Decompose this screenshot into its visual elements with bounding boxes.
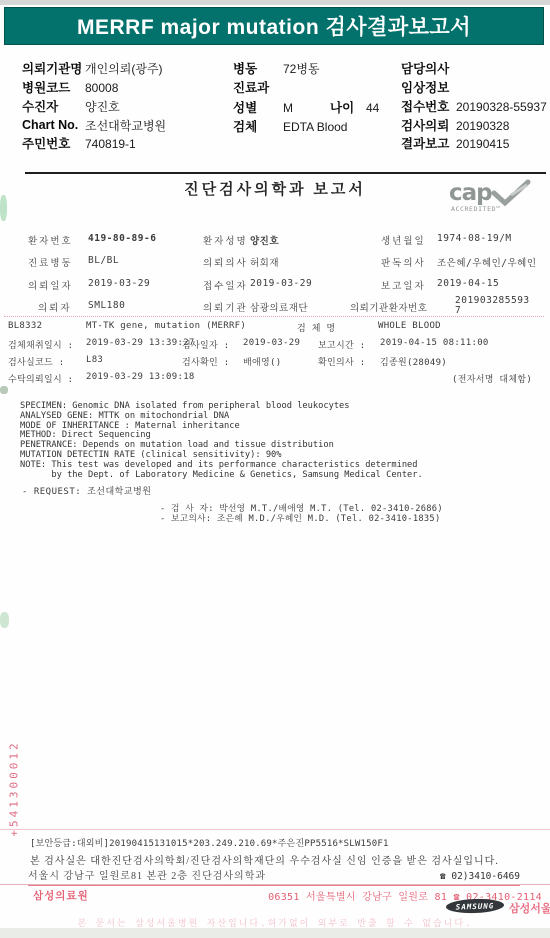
field-hospital-code: 병원코드 — [22, 78, 70, 97]
value-resident-no: 740819-1 — [85, 135, 136, 153]
receipt-date-label: 접수일자 — [203, 278, 248, 292]
care-ward-value: BL/BL — [88, 255, 119, 266]
request-date-label: 의뢰일자 — [28, 278, 73, 292]
value-hospital-code: 80008 — [85, 79, 118, 97]
field-chart-no: Chart No. — [22, 116, 78, 134]
test-seq-code: BL8332 — [8, 321, 42, 331]
consign-datetime-label: 수탁의뢰일시 : — [8, 372, 73, 385]
reading-doctor-value: 조은혜/우혜인/우혜인 — [437, 255, 537, 269]
specimen-name-label: 검 체 명 — [297, 321, 335, 334]
referring-doctor-value: 허회재 — [250, 255, 279, 269]
value-sex: M — [283, 99, 293, 117]
value-age: 44 — [366, 99, 379, 117]
institution-patient-no-value: 2019032855937 — [455, 296, 535, 316]
institution-patient-no-label: 의뢰기관환자번호 — [350, 300, 427, 314]
footer-address: 06351 서울특별시 강남구 일원로 81 ☎ 02-3410-2114 — [268, 888, 542, 903]
value-ward: 72병동 — [283, 60, 320, 78]
lab-address: 서울시 강남구 일원로81 본관 2층 진단검사의학과 — [28, 867, 266, 882]
request-date-value: 2019-03-29 — [88, 278, 150, 289]
scanned-report: 진단검사의학과 보고서 cap ACCREDITED™ 환자번호 419-80-… — [0, 168, 550, 928]
patient-name-value: 양진호 — [250, 233, 279, 247]
window-top-strip — [0, 0, 550, 5]
test-date-value: 2019-03-29 — [243, 338, 300, 348]
care-ward-label: 진료병동 — [28, 255, 73, 269]
esignature-note: (전자서명 대체함) — [452, 372, 532, 385]
lab-phone: ☎ 02)3410-6469 — [440, 871, 520, 882]
field-specimen: 검체 — [233, 117, 257, 136]
requesting-institution-value: 삼광의료재단 — [250, 300, 308, 314]
field-requesting-org: 의뢰기관명 — [22, 59, 82, 78]
field-attending-doctor: 담당의사 — [401, 59, 449, 78]
test-confirm-label: 검사확인 : — [182, 355, 229, 368]
referring-doctor-label: 의뢰의사 — [203, 255, 248, 269]
requesting-institution-label: 의뢰기관 — [203, 300, 248, 314]
field-resident-no: 주민번호 — [22, 134, 70, 153]
cap-checkmark-icon — [491, 179, 531, 207]
patient-name-label: 환자성명 — [203, 233, 248, 247]
receipt-date-value: 2019-03-29 — [250, 278, 312, 289]
field-department: 진료과 — [233, 78, 269, 97]
samsung-logo-text: SAMSUNG — [456, 901, 495, 911]
report-time-label: 보고시간 : — [318, 338, 365, 351]
report-top-rule — [25, 172, 546, 174]
field-accession-no: 접수번호 — [401, 97, 449, 116]
side-barcode-number: +541300012 — [8, 729, 21, 849]
reading-doctor-label: 판독의사 — [381, 255, 426, 269]
report-time-value: 2019-04-15 08:11:00 — [380, 338, 489, 348]
specimen-name-value: WHOLE BLOOD — [378, 321, 441, 331]
lab-code-value: L83 — [86, 355, 103, 365]
dotted-separator — [4, 316, 544, 317]
collect-datetime-value: 2019-03-29 13:39:27 — [86, 338, 195, 348]
test-confirm-value: 배애영() — [243, 355, 281, 368]
scan-artifact — [0, 386, 8, 394]
requester-value: SML180 — [88, 300, 125, 311]
lab-code-label: 검사실코드 : — [8, 355, 64, 368]
field-age: 나이 — [330, 98, 354, 117]
test-name: MT-TK gene, mutation (MERRF) — [86, 321, 246, 331]
confirm-doctor-value: 김종원(28049) — [380, 355, 447, 368]
value-order-date: 20190328 — [456, 117, 509, 135]
patient-no-label: 환자번호 — [28, 233, 73, 247]
field-ward: 병동 — [233, 59, 257, 78]
field-sex: 성별 — [233, 98, 257, 117]
confirm-doctor-label: 확인의사 : — [318, 355, 365, 368]
report-date-label: 보고일자 — [381, 278, 426, 292]
specimen-method-block: SPECIMEN: Genomic DNA isolated from peri… — [20, 402, 423, 480]
birthdate-label: 생년월일 — [381, 233, 426, 247]
field-clinical-info: 임상정보 — [401, 78, 449, 97]
test-date-label: 검사일자 : — [182, 338, 229, 351]
patient-no-value: 419-80-89-6 — [88, 233, 156, 244]
cap-logo-text: cap — [449, 182, 492, 204]
page-title: MERRF major mutation 검사결과보고서 — [77, 11, 471, 41]
window-bottom-strip — [0, 928, 550, 938]
security-classification-line: [보안등급:대외비]20190415131015*203.249.210.69*… — [30, 836, 389, 849]
request-line: - REQUEST: 조선대학교병원 — [22, 484, 151, 497]
consign-datetime-value: 2019-03-29 13:09:18 — [86, 372, 195, 382]
value-specimen: EDTA Blood — [283, 118, 347, 136]
footer-hairline — [0, 829, 550, 830]
value-accession-no: 20190328-55937 — [456, 98, 547, 116]
scan-artifact — [0, 612, 9, 628]
field-result-report-date: 결과보고 — [401, 134, 449, 153]
field-order-date: 검사의뢰 — [401, 116, 449, 135]
footer-hospital-name: 삼성서울병원 — [509, 900, 550, 916]
field-examinee: 수진자 — [22, 97, 58, 116]
value-examinee: 양진호 — [85, 98, 120, 116]
requester-label: 의뢰자 — [38, 300, 72, 314]
birthdate-value: 1974-08-19/M — [437, 233, 512, 244]
value-chart-no: 조선대학교병원 — [85, 117, 166, 135]
report-page: MERRF major mutation 검사결과보고서 의뢰기관명 개인의뢰(… — [0, 0, 550, 938]
footer-organization: 삼성의료원 — [33, 888, 89, 903]
reporting-doctor-line: - 보고의사: 조은혜 M.D./우혜인 M.D. (Tel. 02-3410-… — [160, 512, 440, 524]
title-banner: MERRF major mutation 검사결과보고서 — [4, 7, 544, 45]
accreditation-statement: 본 검사실은 대한진단검사의학회/진단검사의학재단의 우수검사실 신임 인증을 … — [30, 852, 499, 867]
scan-artifact — [0, 195, 7, 221]
value-requesting-org: 개인의뢰(광주) — [85, 60, 163, 78]
report-date-value: 2019-04-15 — [437, 278, 499, 289]
cap-accredited-logo: cap ACCREDITED™ — [449, 182, 535, 218]
value-result-report-date: 20190415 — [456, 135, 509, 153]
cap-logo-subtext: ACCREDITED™ — [451, 205, 501, 213]
collect-datetime-label: 검체채취일시 : — [8, 338, 73, 351]
footer-divider — [0, 884, 550, 885]
